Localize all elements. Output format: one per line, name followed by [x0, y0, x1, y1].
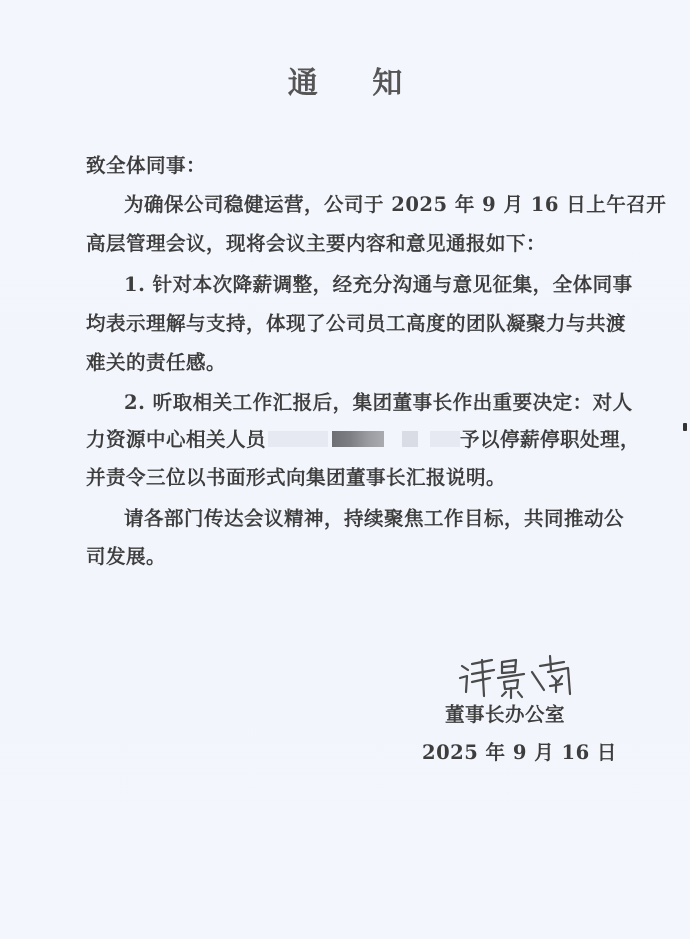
- item-1-line-3: 难关的责任感。: [86, 347, 226, 375]
- paragraph-1-line-1: 为确保公司稳健运营，公司于 2025 年 9 月 16 日上午召开: [124, 189, 666, 217]
- notice-title: 通 知: [0, 58, 690, 102]
- redaction-block-4: [430, 431, 460, 447]
- item-2-line-2-start: 力资源中心相关人员: [86, 428, 266, 451]
- item-2-line-3: 并责令三位以书面形式向集团董事长汇报说明。: [86, 462, 506, 490]
- paragraph-1-line-2: 高层管理会议，现将会议主要内容和意见通报如下：: [86, 228, 546, 256]
- redaction-block-2: [332, 431, 384, 447]
- item-2-line-2-end: 予以停薪停职处理，: [460, 428, 640, 451]
- salutation: 致全体同事：: [86, 150, 206, 178]
- item-2-line-2: 力资源中心相关人员予以停薪停职处理，: [86, 424, 640, 452]
- item-2-line-1: 2. 听取相关工作汇报后，集团董事长作出重要决定：对人: [124, 387, 633, 415]
- scan-artifact-speck: [683, 423, 687, 431]
- scanned-notice-page: 通 知 致全体同事： 为确保公司稳健运营，公司于 2025 年 9 月 16 日…: [0, 0, 690, 939]
- redaction-block-1: [268, 431, 328, 447]
- closing-line-2: 司发展。: [86, 541, 166, 569]
- issuer-office: 董事长办公室: [445, 699, 565, 727]
- item-1-line-1: 1. 针对本次降薪调整，经充分沟通与意见征集，全体同事: [124, 269, 633, 297]
- redaction-block-3: [402, 431, 418, 447]
- handwritten-signature: [458, 652, 588, 702]
- item-1-line-2: 均表示理解与支持，体现了公司员工高度的团队凝聚力与共渡: [86, 308, 626, 336]
- closing-line-1: 请各部门传达会议精神，持续聚焦工作目标，共同推动公: [124, 503, 624, 531]
- issue-date: 2025 年 9 月 16 日: [422, 737, 617, 765]
